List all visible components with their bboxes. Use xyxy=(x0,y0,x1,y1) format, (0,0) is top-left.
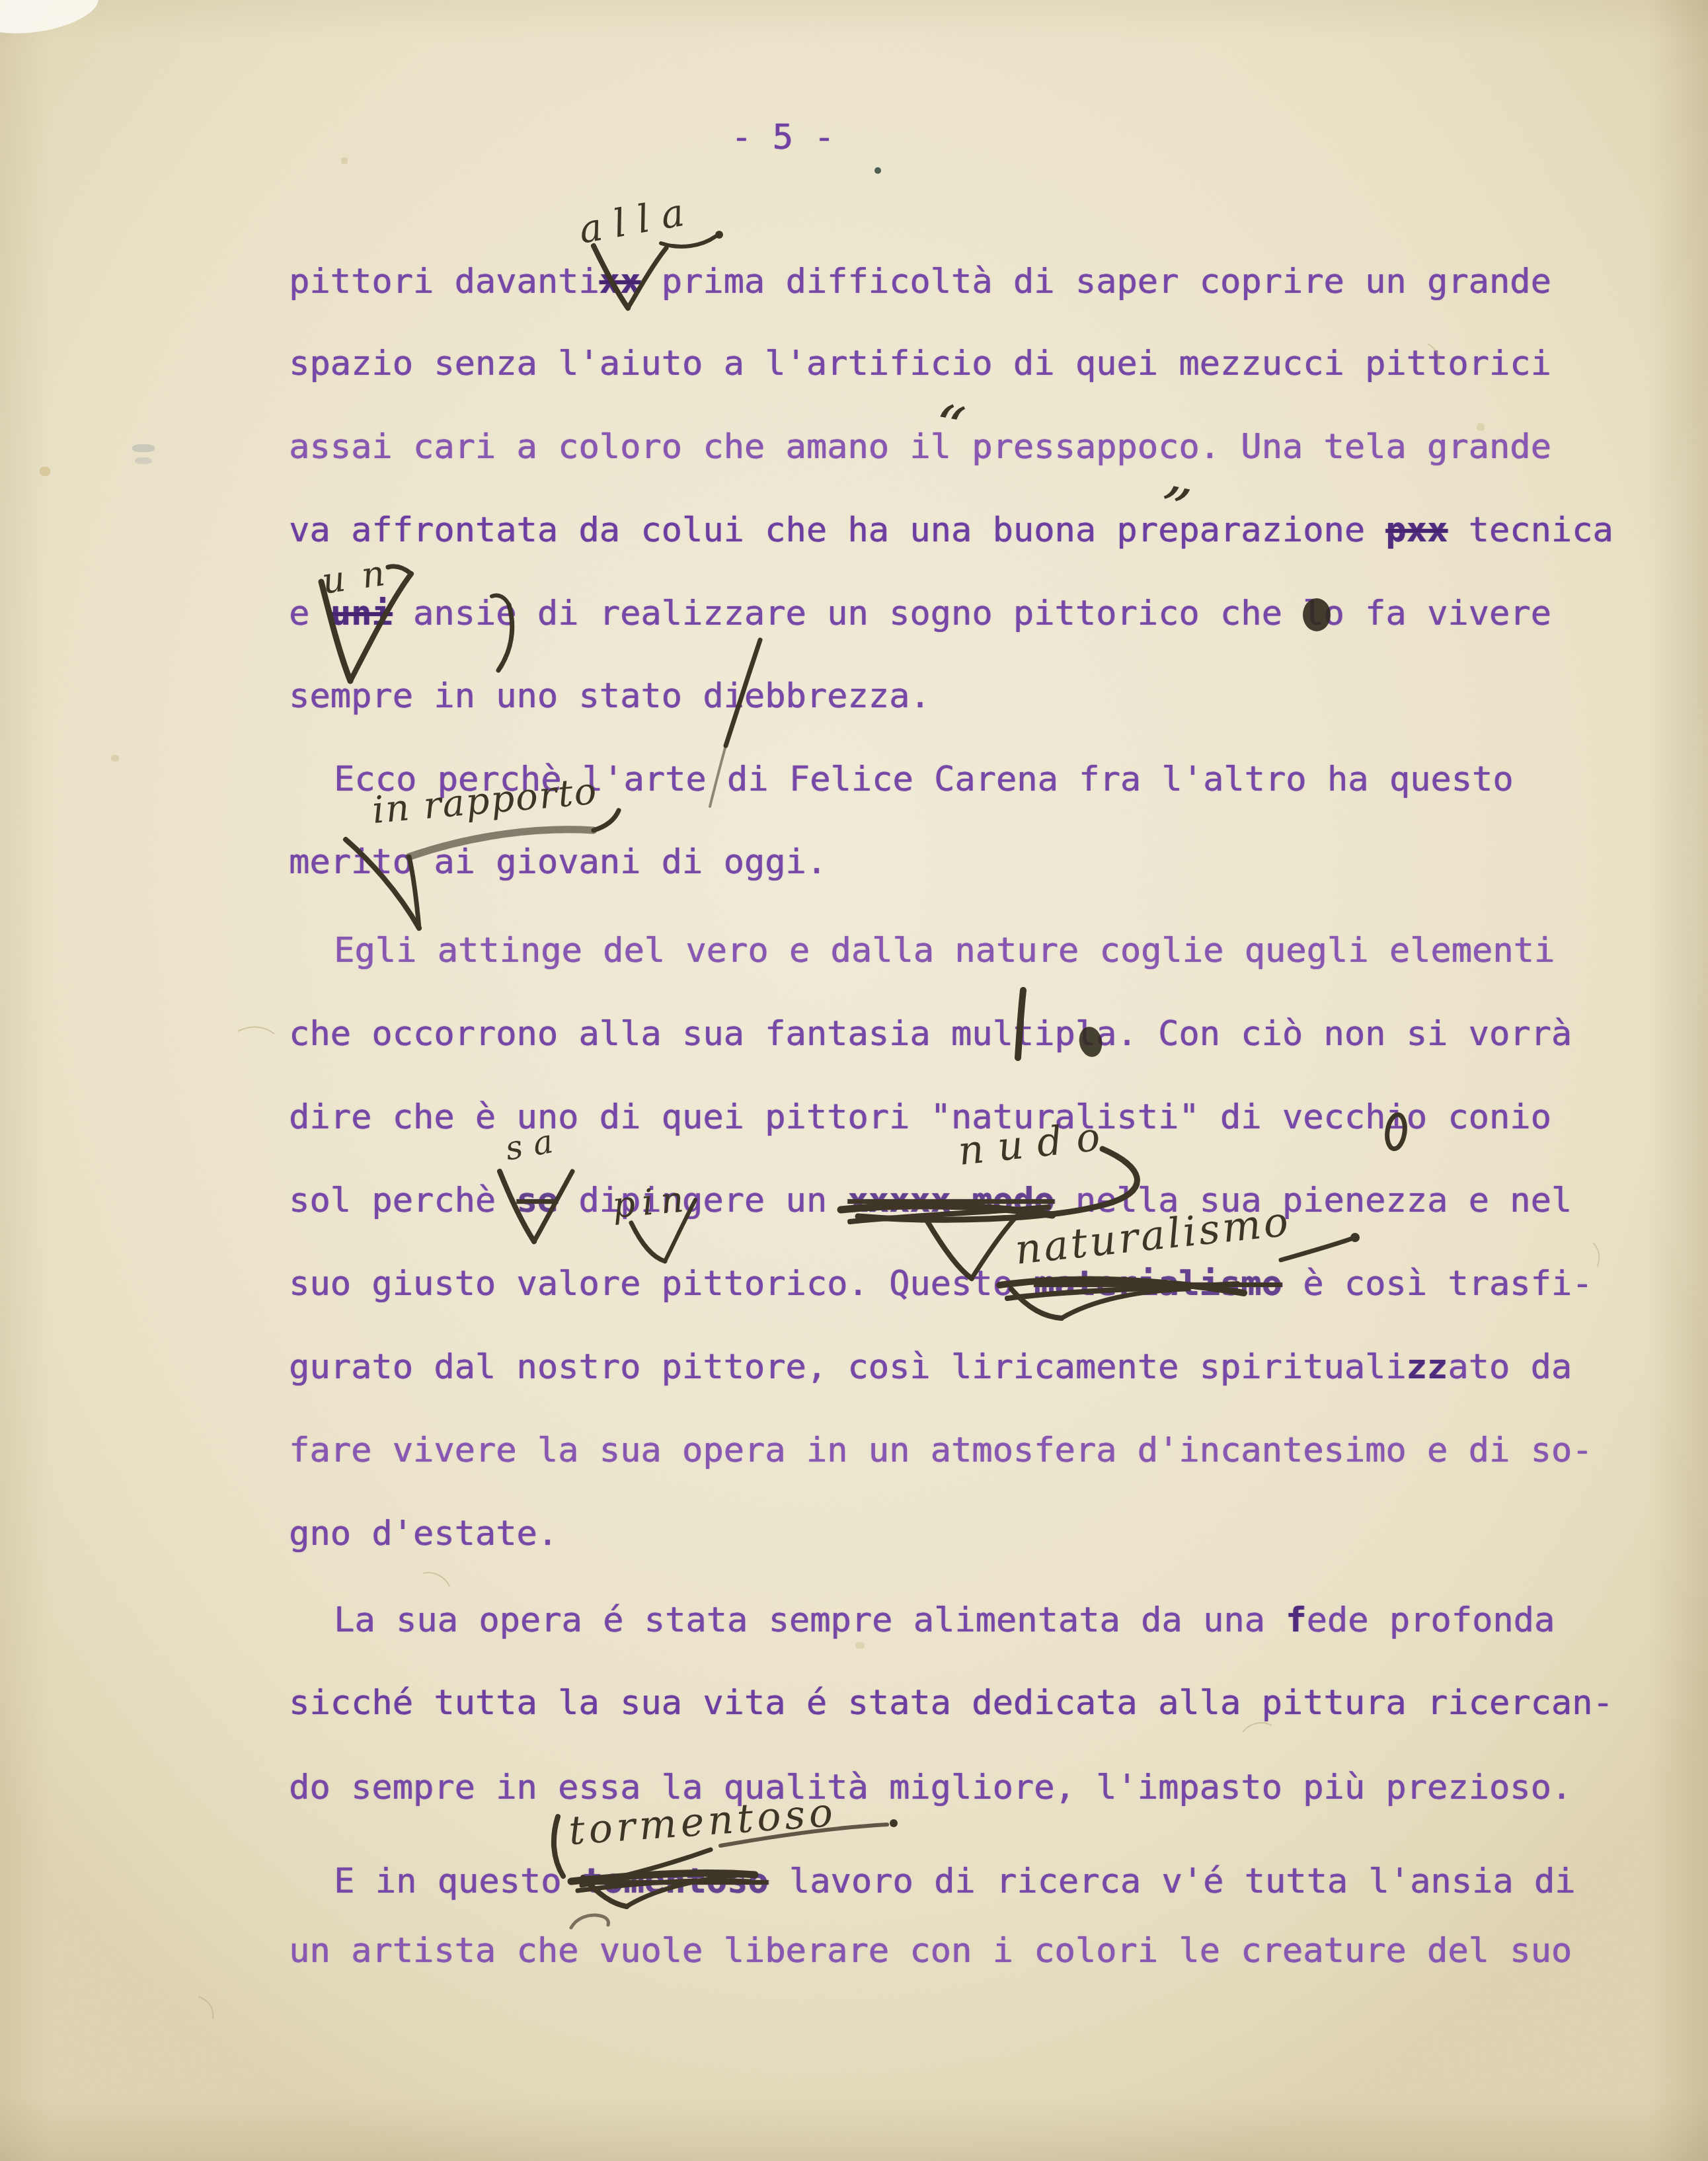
typed-strikeout: pxx xyxy=(1385,510,1448,550)
typed-line: Egli attinge del vero e dalla nature cog… xyxy=(334,933,1555,968)
typed-line: sol perchè se dipingere un xxxxx modo ne… xyxy=(289,1183,1572,1218)
typed-line: suo giusto valore pittorico. Questo mate… xyxy=(289,1267,1592,1301)
hook-stroke xyxy=(388,567,411,574)
typed-text: E in questo xyxy=(334,1862,582,1901)
typed-text: tecnica xyxy=(1448,510,1613,550)
typed-line: do sempre in essa la qualità migliore, l… xyxy=(289,1770,1572,1805)
paper-spot xyxy=(40,467,50,476)
typed-word-struck-by-hand: materialismo xyxy=(1034,1264,1282,1304)
paper-speck xyxy=(874,167,881,174)
paper-fiber xyxy=(238,1027,274,1034)
typed-line: sempre in uno stato diebbrezza. xyxy=(289,679,931,713)
typed-word-struck-by-hand: xxxxx modo xyxy=(847,1181,1054,1220)
handwriting-overlay: alla “ „ un in rapporto sa pi xyxy=(0,0,1708,2161)
typed-line: e uni ansie di realizzare un sogno pitto… xyxy=(289,596,1551,631)
typed-line: va affrontata da colui che ha una buona … xyxy=(289,513,1613,547)
typed-line: sicché tutta la sua vita é stata dedicat… xyxy=(289,1686,1613,1720)
typed-text: prima difficoltà di saper coprire un gra… xyxy=(640,262,1551,301)
caret-stroke xyxy=(631,1223,665,1261)
stray-pen-hook xyxy=(571,1915,609,1928)
flourish-stroke xyxy=(720,1825,887,1846)
edge-smudge xyxy=(132,444,155,452)
typed-overstrike: zz xyxy=(1407,1347,1448,1387)
typed-line: spazio senza l'aiuto a l'artificio di qu… xyxy=(289,346,1551,381)
paper-corner-chip xyxy=(0,0,102,41)
paper-fiber xyxy=(1243,1723,1272,1732)
paper-fiber xyxy=(423,1573,449,1587)
ink-dot xyxy=(1350,1233,1360,1242)
typed-overstrike: f xyxy=(1286,1600,1306,1640)
paper-spot xyxy=(111,755,119,762)
typed-strikeout: xx xyxy=(600,262,641,301)
typed-word-struck-by-hand: se xyxy=(516,1181,558,1220)
typed-line: Ecco perchè l'arte di Felice Carena fra … xyxy=(334,762,1513,797)
typed-line: pittori davantixx prima difficoltà di sa… xyxy=(289,264,1551,299)
typed-line: che occorrono alla sua fantasia multipla… xyxy=(289,1017,1572,1051)
typed-text: suo giusto valore pittorico. Questo xyxy=(289,1264,1034,1304)
paper-fiber xyxy=(1593,1243,1599,1267)
page-number: - 5 - xyxy=(731,120,835,155)
handwritten-insertion-alla: alla xyxy=(576,190,687,253)
typed-line: assai cari a coloro che amano il pressap… xyxy=(289,430,1551,464)
typed-text: ansie di realizzare un sogno pittorico c… xyxy=(393,594,1551,633)
typed-line: fare vivere la sua opera in un atmosfera… xyxy=(289,1433,1592,1468)
typed-line: merito ai giovani di oggi. xyxy=(289,845,827,879)
typed-word-struck-by-hand: tomentoso xyxy=(582,1862,769,1901)
typed-line: un artista che vuole liberare con i colo… xyxy=(289,1934,1572,1968)
paper-spot xyxy=(341,157,348,164)
typed-text: ede profonda xyxy=(1306,1600,1555,1640)
paper-grain-texture xyxy=(0,0,1708,2161)
paper-fiber xyxy=(198,1996,213,2019)
typed-text: è così trasfi- xyxy=(1282,1264,1593,1304)
typed-line: E in questo tomentoso lavoro di ricerca … xyxy=(334,1864,1575,1899)
typed-text: e xyxy=(289,594,330,633)
typed-text: gurato dal nostro pittore, così liricame… xyxy=(289,1347,1407,1387)
typed-text: La sua opera é stata sempre alimentata d… xyxy=(334,1600,1286,1640)
typed-line: dire che è uno di quei pittori "naturali… xyxy=(289,1100,1551,1134)
typed-line: gurato dal nostro pittore, così liricame… xyxy=(289,1350,1572,1384)
typed-strikeout: uni xyxy=(330,594,393,633)
typed-text: ato da xyxy=(1448,1347,1572,1387)
typed-text: va affrontata da colui che ha una buona … xyxy=(289,510,1385,550)
edge-smudge xyxy=(135,457,152,464)
flourish-stroke xyxy=(1281,1239,1351,1260)
ink-dot xyxy=(890,1819,898,1827)
typed-line: La sua opera é stata sempre alimentata d… xyxy=(334,1603,1555,1637)
typed-text: pittori davanti xyxy=(289,262,600,301)
manuscript-page: - 5 - pittori davantixx prima difficoltà… xyxy=(0,0,1708,2161)
typed-text: dipingere un xyxy=(558,1181,847,1220)
typed-text: lavoro di ricerca v'é tutta l'ansia di xyxy=(768,1862,1575,1901)
hook-stroke xyxy=(594,810,619,830)
flourish-stroke xyxy=(661,237,715,247)
paper-spot xyxy=(855,1642,865,1649)
typed-text: sol perchè xyxy=(289,1181,516,1220)
typed-text: nella sua pienezza e nel xyxy=(1054,1181,1572,1220)
ink-dot xyxy=(715,231,723,239)
typed-line: gno d'estate. xyxy=(289,1516,558,1551)
